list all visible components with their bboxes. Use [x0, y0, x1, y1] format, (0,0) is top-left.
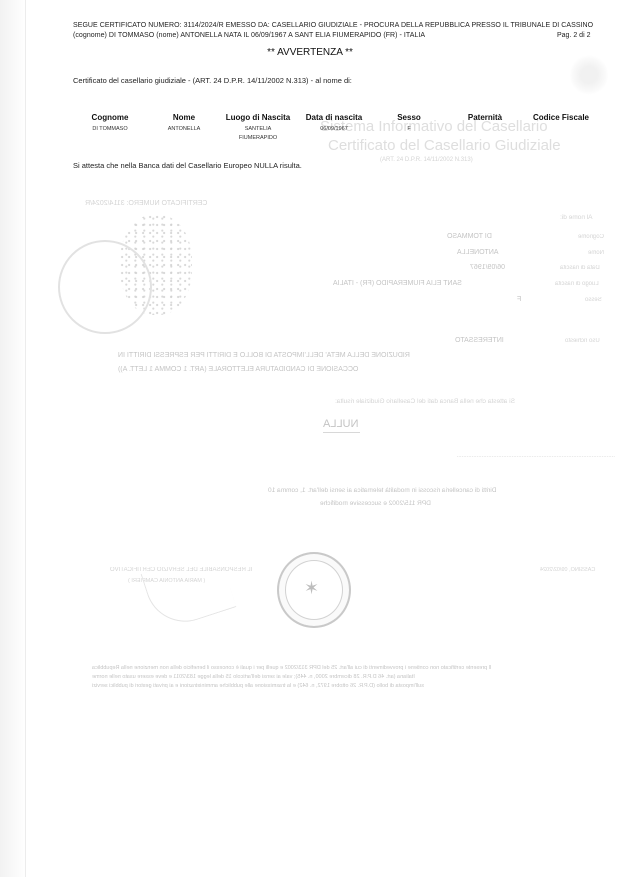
ghost-footer-2: Italiana (art. 46 D.P.R. 28 dicembre 200…	[92, 674, 415, 680]
ghost-footer-1: Il presente certificato non contiene i p…	[92, 665, 491, 671]
column-header-paternita: Paternità	[468, 113, 502, 122]
column-header-data-nascita: Data di nascita	[306, 113, 362, 122]
ghost-uso-value-3: OCCASIONE DI CANDIDATURA ELETTORALE (ART…	[118, 366, 358, 373]
ghost-pagamento-2: DPR 115/2002 e successive modifiche	[320, 500, 431, 507]
nulla-underline	[323, 432, 360, 433]
faded-seal-icon	[58, 240, 152, 334]
ghost-uso-label: Uso richiesto	[565, 338, 600, 344]
republic-emblem-icon	[570, 55, 608, 95]
ghost-cert-number: CERTIFICATO NUMERO: 3114/2024/R	[85, 200, 207, 207]
ghost-label: Sesso	[585, 297, 602, 303]
seal-star-icon: ✶	[304, 578, 319, 599]
certificate-reference: Certificato del casellario giudiziale - …	[73, 76, 352, 85]
ghost-value: F	[517, 296, 521, 303]
cell-luogo-line-1: SANTELIA	[239, 125, 277, 134]
column-header-luogo-nascita: Luogo di Nascita	[226, 113, 290, 122]
cell-luogo-line-2: FIUMERAPIDO	[239, 134, 277, 143]
ghost-label: Cognome	[578, 234, 604, 240]
cell-nome: ANTONELLA	[168, 125, 201, 134]
ghost-uso-value-1: INTERESSATO	[455, 337, 504, 344]
column-header-nome: Nome	[173, 113, 195, 122]
ghost-value: 06/09/1967	[470, 264, 505, 271]
ghost-title-2: Certificato del Casellario Giudiziale	[328, 137, 561, 154]
ghost-value: ANTONELLA	[457, 249, 499, 256]
cell-sesso: F	[407, 125, 410, 134]
cell-cognome: DI TOMMASO	[92, 125, 127, 134]
european-record-attestation: Si attesta che nella Banca dati del Case…	[73, 161, 302, 170]
cell-luogo-nascita: SANTELIA FIUMERAPIDO	[239, 125, 277, 143]
certificate-page: Sistema Informativo del Casellario Certi…	[0, 0, 620, 877]
column-header-cognome: Cognome	[92, 113, 129, 122]
ghost-pagamento-1: Diritti di cancelleria riscossi in modal…	[268, 487, 496, 494]
ghost-risulta-line: Si attesta che nella Banca dati del Case…	[335, 398, 515, 405]
ghost-label: Nome	[588, 250, 604, 256]
ghost-date-place: CASSINO, 09/02/2024	[540, 567, 595, 573]
ghost-value: DI TOMMASO	[447, 233, 492, 240]
ghost-al-nome-di: Al nome di:	[560, 214, 593, 221]
ghost-footer-3: sull'imposta di bollo (D.P.R. 26 ottobre…	[92, 683, 424, 689]
header-certificate-line: SEGUE CERTIFICATO NUMERO: 3114/2024/R EM…	[73, 22, 593, 29]
ghost-nulla: NULLA	[323, 418, 358, 430]
cell-data-nascita: 06/09/1967	[320, 125, 348, 134]
header-person-line: (cognome) DI TOMMASO (nome) ANTONELLA NA…	[73, 32, 425, 39]
warning-title: ** AVVERTENZA **	[0, 47, 620, 58]
column-header-codice-fiscale: Codice Fiscale	[533, 113, 589, 122]
ghost-label: Data di nascita	[560, 265, 600, 271]
column-header-sesso: Sesso	[397, 113, 421, 122]
ghost-value: SANT ELIA FIUMERAPIDO (FR) - ITALIA	[333, 280, 462, 287]
page-number: Pag. 2 di 2	[557, 32, 590, 39]
ghost-label: Luogo di nascita	[555, 281, 599, 287]
scan-edge-line	[25, 0, 26, 877]
signature-stroke	[141, 549, 237, 632]
scan-edge-shadow	[0, 0, 26, 877]
ghost-dotted-line: ........................................…	[165, 453, 615, 459]
ghost-uso-value-2: RIDUZIONE DELLA META' DELL'IMPOSTA DI BO…	[118, 352, 410, 359]
ghost-title-3: (ART. 24 D.P.R. 14/11/2002 N.313)	[380, 157, 473, 163]
